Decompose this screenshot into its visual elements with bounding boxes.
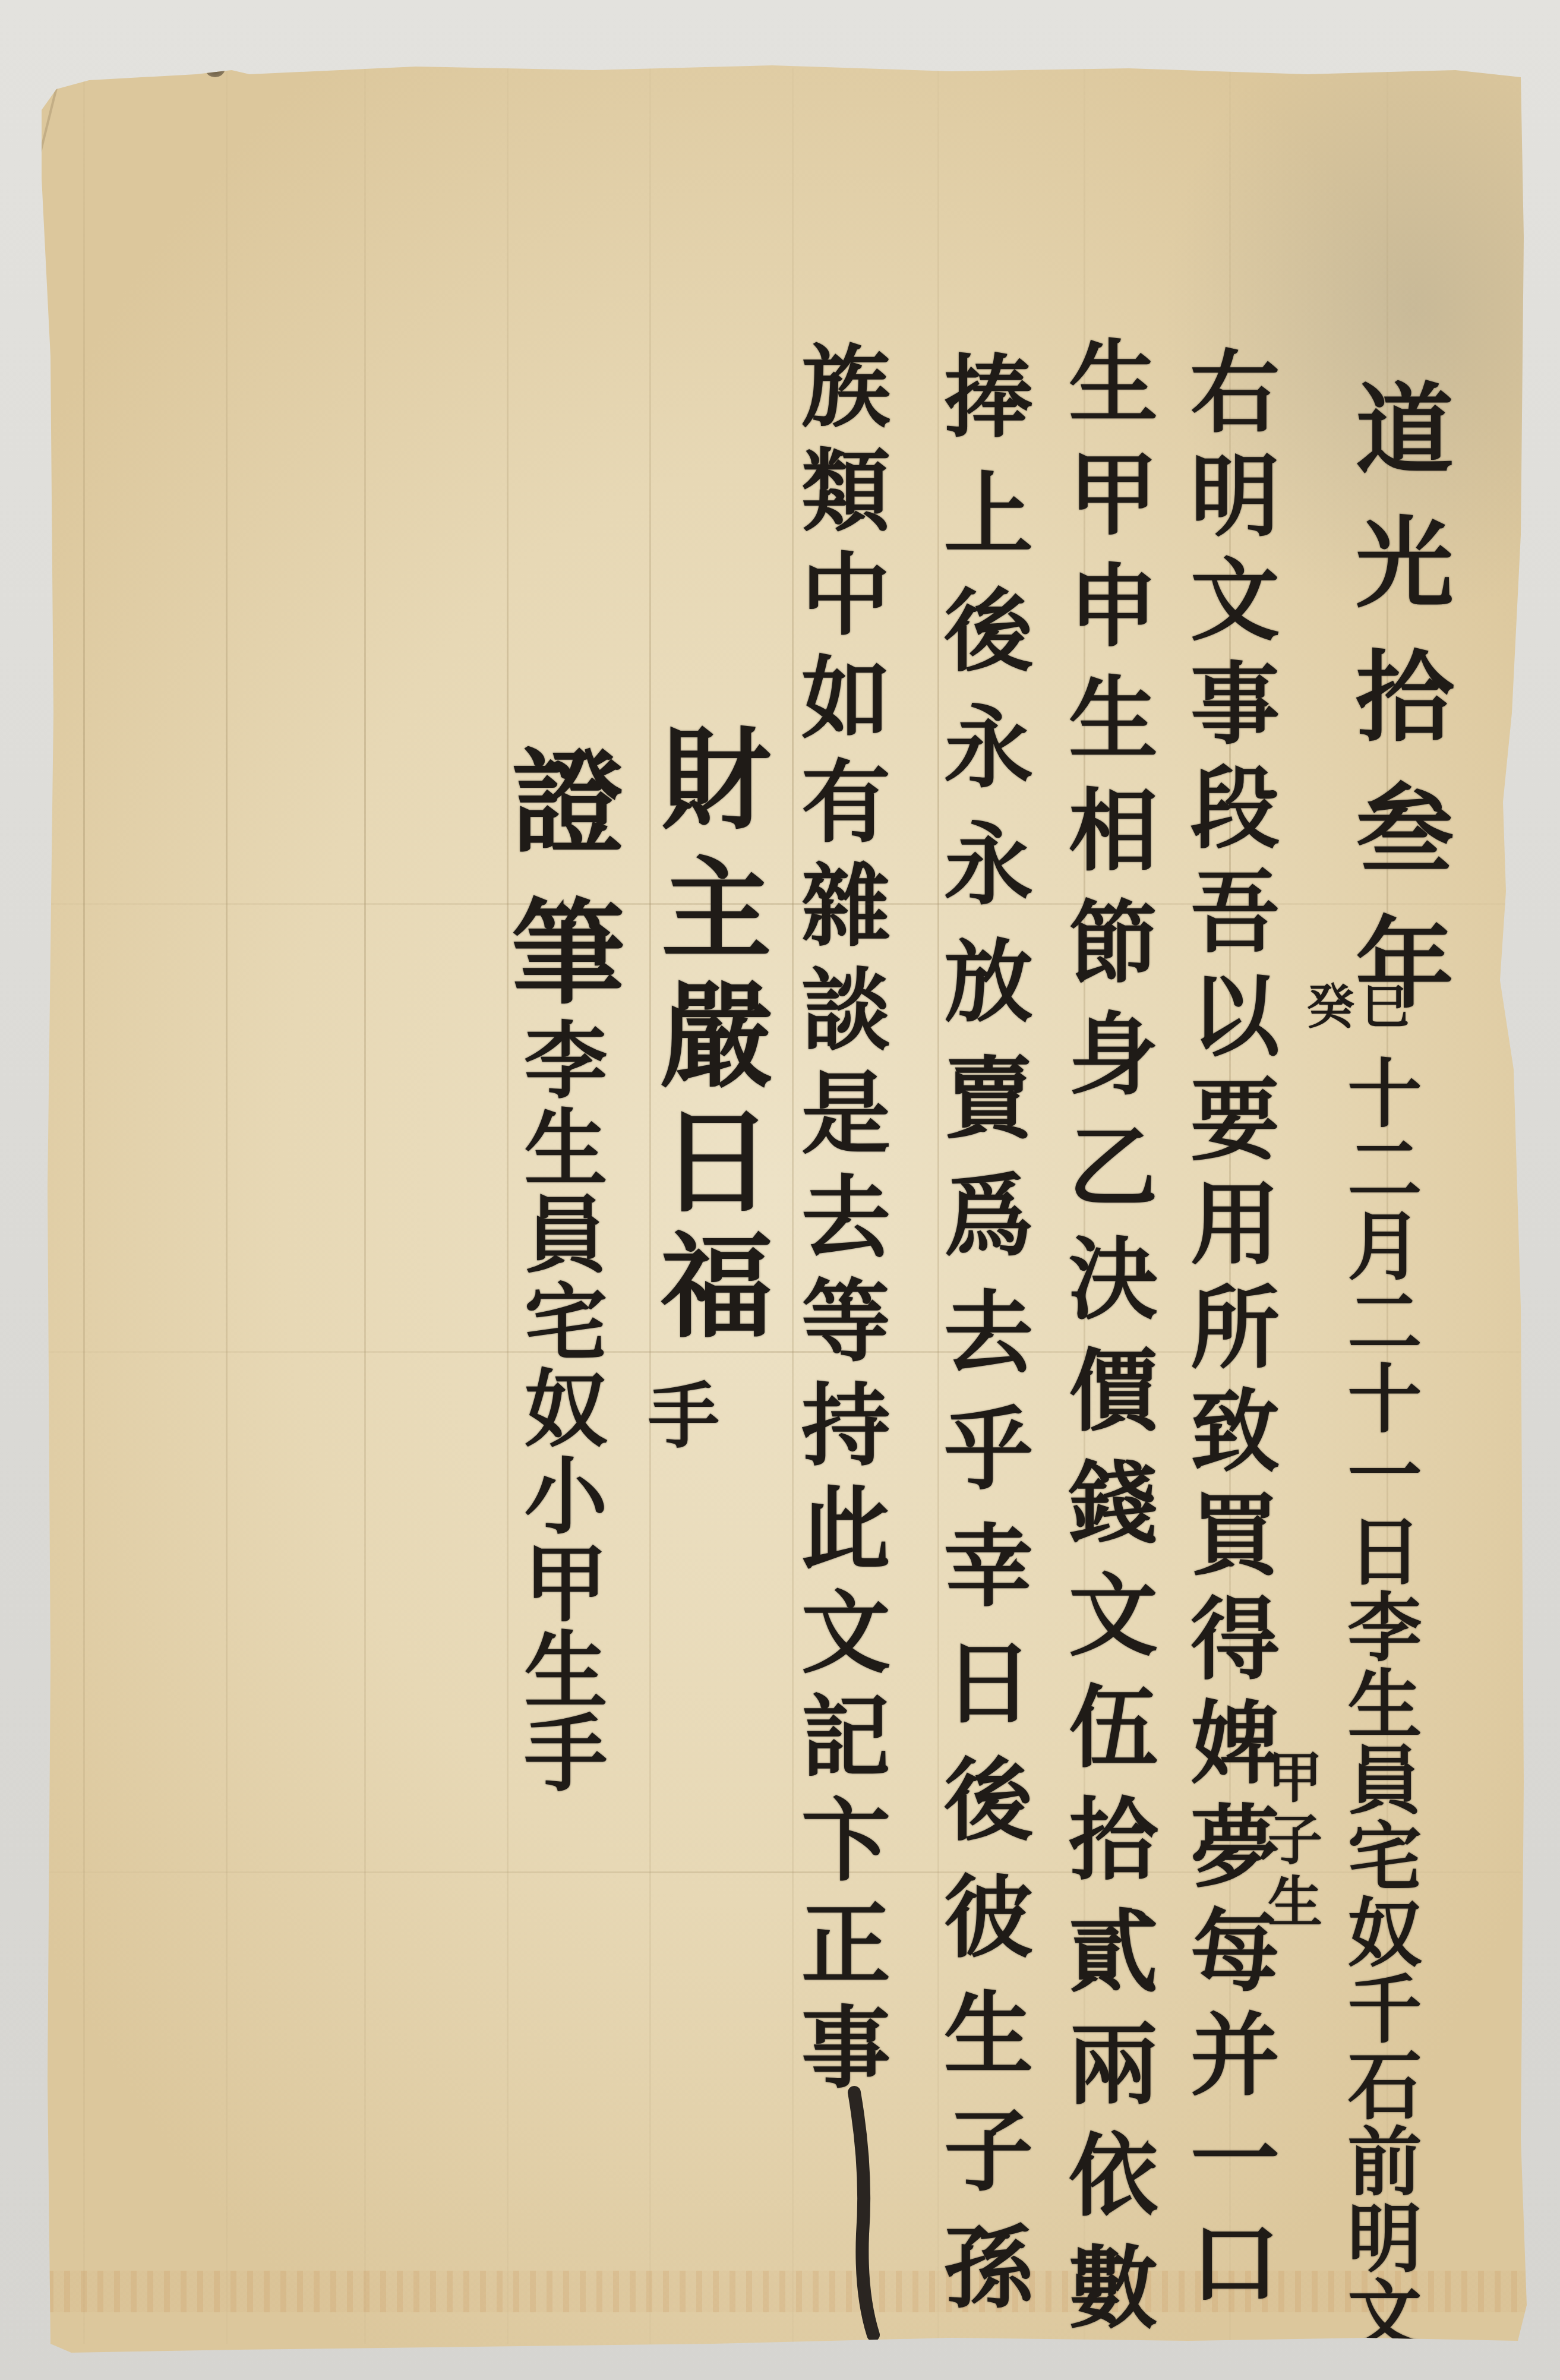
owner-hand-mark: 手 — [642, 1378, 713, 1456]
text-column-1-date: 道光拾叁年 — [1347, 378, 1445, 1010]
document-photo: 道光拾叁年 癸巳 十二月二十一日李生員宅奴千石前明文 右明文事段吾以要用所致買得… — [0, 0, 1560, 2380]
fold-crease — [48, 903, 1521, 905]
fold-crease — [48, 1351, 1521, 1353]
scribe-name: 李生員宅奴小甲生 — [517, 1017, 600, 1710]
text-column-4: 捧上後永永放賣爲去乎幸日後彼生子孫 — [936, 350, 1025, 2310]
paper-knot — [205, 59, 225, 77]
closing-brush-stroke — [832, 2079, 903, 2347]
fold-crease — [83, 68, 85, 2344]
owner-name: 嚴日福 — [650, 977, 763, 1340]
text-column-2: 右明文事段吾以要用所致買得婢夢每并一口 — [1182, 345, 1271, 2305]
scribe-hand-mark: 手 — [517, 1710, 600, 1798]
stain-band — [48, 2271, 1527, 2312]
paper-overlap-edge — [13, 83, 58, 257]
paper-sheet: 道光拾叁年 癸巳 十二月二十一日李生員宅奴千石前明文 右明文事段吾以要用所致買得… — [0, 0, 1560, 2380]
fold-crease — [364, 68, 366, 2344]
text-column-1-recipient: 十二月二十一日李生員宅奴千石前明文 — [1341, 1055, 1415, 2350]
owner-role-label: 財主 — [652, 722, 762, 961]
fold-crease — [226, 68, 228, 2344]
text-column-1-cyclical-year-note: 癸巳 — [1307, 983, 1416, 1031]
text-column-2-birth-year-note: 甲子生 — [1263, 1748, 1318, 1928]
scribe-role-label: 證筆 — [502, 743, 615, 1006]
text-column-5: 族類中如有雜談是去等持此文記卞正事 — [793, 340, 882, 2090]
fold-crease — [507, 68, 509, 2344]
text-column-3: 生甲申生相節身乙決價錢文伍拾貳兩依數 — [1060, 335, 1150, 2330]
